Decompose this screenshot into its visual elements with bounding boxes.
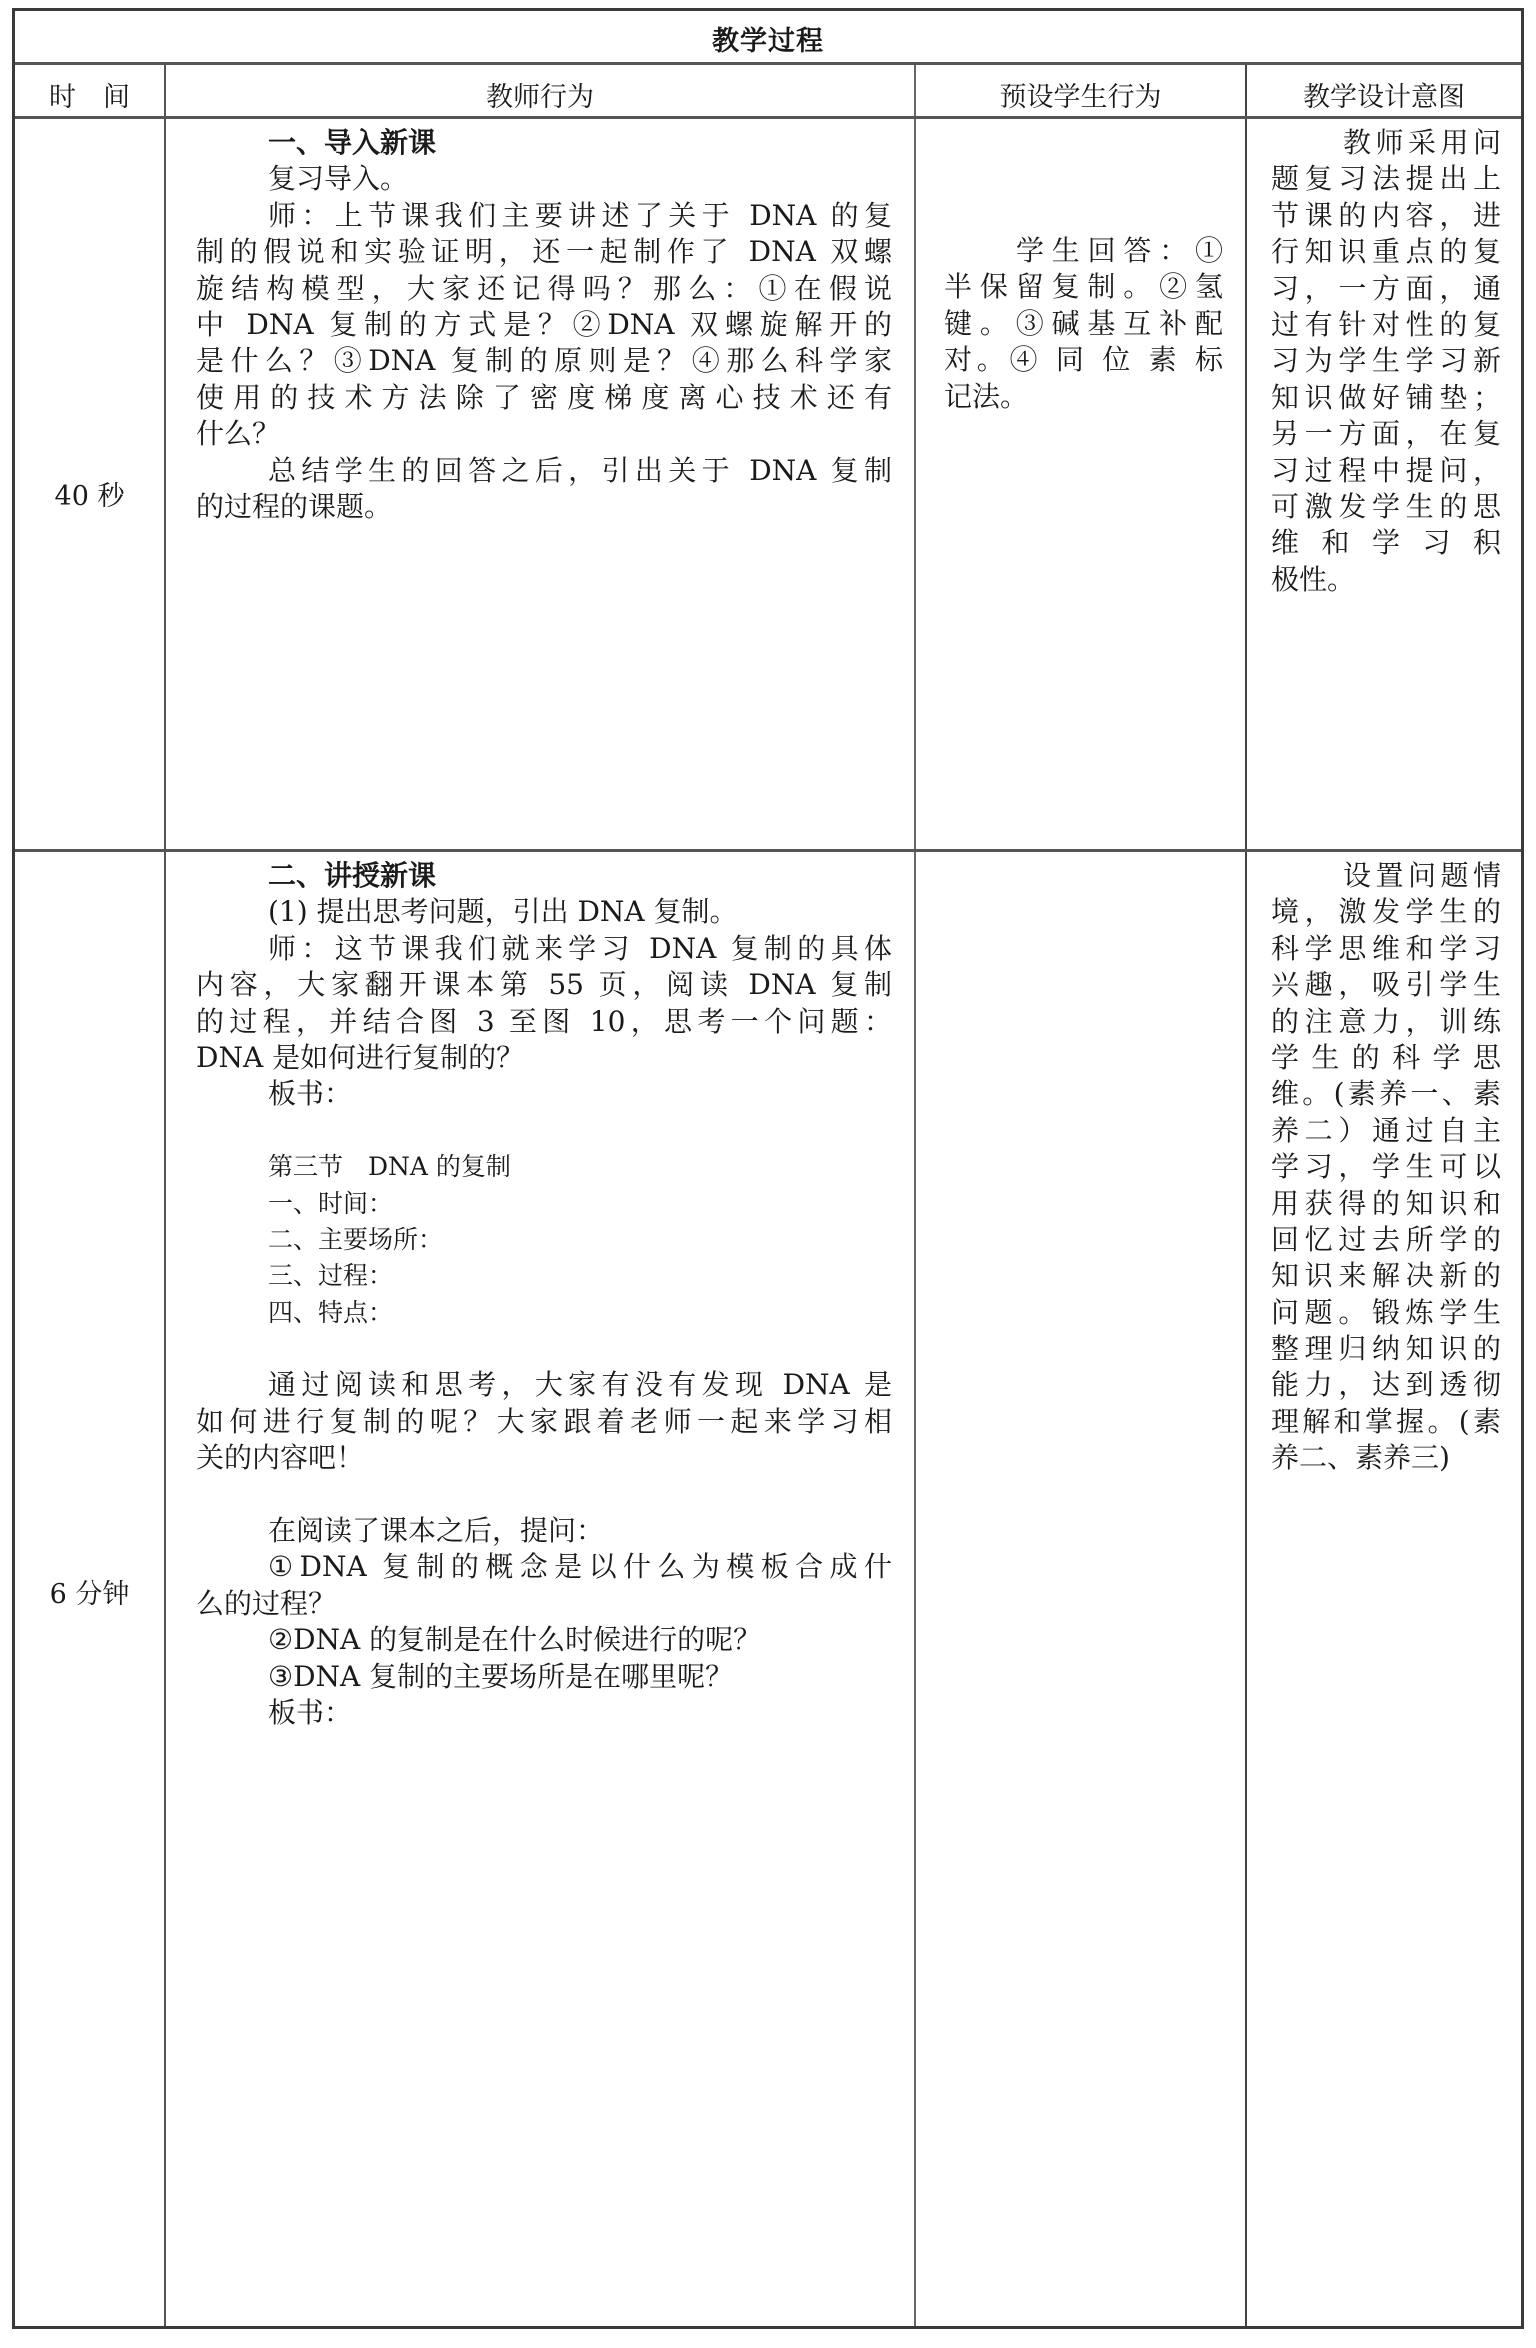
design-intent-cell: 教师采用问 题复习法提出上 节课的内容，进 行知识重点的复 习，一方面，通 过有… — [1247, 119, 1521, 849]
text-line: 设置问题情 — [1271, 858, 1501, 894]
text-line: 的注意力，训练 — [1271, 1004, 1501, 1040]
text-line: DNA 是如何进行复制的？ — [196, 1040, 892, 1076]
text-line: 么的过程？ — [196, 1586, 892, 1622]
blank-line — [196, 1113, 892, 1149]
header-time: 时 间 — [15, 65, 166, 116]
teacher-behavior-cell: 一、导入新课 复习导入。 师：上节课我们主要讲述了关于 DNA 的复 制的假说和… — [166, 119, 916, 849]
time-cell: 40 秒 — [15, 119, 166, 849]
text-line: 学习，学生可以 — [1271, 1149, 1501, 1185]
text-line: 整理归纳知识的 — [1271, 1331, 1501, 1367]
text-line: 在阅读了课本之后，提问： — [196, 1513, 892, 1549]
design-intent-text: 设置问题情 境，激发学生的 科学思维和学习 兴趣，吸引学生 的注意力，训练 学生… — [1271, 858, 1501, 1477]
text-line: 另一方面，在复 — [1271, 416, 1501, 452]
text-line: 养二、素养三) — [1271, 1440, 1501, 1476]
teacher-behavior-text: 二、讲授新课 (1) 提出思考问题，引出 DNA 复制。 师：这节课我们就来学习… — [196, 858, 892, 1731]
time-cell: 6 分钟 — [15, 852, 166, 2326]
board-title: 第三节 DNA 的复制 — [196, 1149, 892, 1185]
text-line: 行知识重点的复 — [1271, 234, 1501, 270]
board-item: 一、时间： — [196, 1186, 892, 1222]
student-behavior-cell — [916, 852, 1247, 2326]
text-line: 使用的技术方法除了密度梯度离心技术还有 — [196, 380, 892, 416]
text-line: 知识来解决新的 — [1271, 1258, 1501, 1294]
header-design-intent: 教学设计意图 — [1247, 65, 1521, 116]
text-line: 复习导入。 — [196, 161, 892, 197]
time-value: 6 分钟 — [15, 1572, 164, 1611]
teacher-behavior-text: 一、导入新课 复习导入。 师：上节课我们主要讲述了关于 DNA 的复 制的假说和… — [196, 125, 892, 525]
text-line: 记法。 — [944, 379, 1223, 415]
text-line: 制的假说和实验证明，还一起制作了 DNA 双螺 — [196, 234, 892, 270]
text-line: 的过程，并结合图 3 至图 10，思考一个问题： — [196, 1004, 892, 1040]
text-line: 用获得的知识和 — [1271, 1186, 1501, 1222]
question-line: ①DNA 复制的概念是以什么为模板合成什 — [196, 1549, 892, 1585]
board-item: 三、过程： — [196, 1258, 892, 1294]
board-item: 二、主要场所： — [196, 1222, 892, 1258]
text-line: 如何进行复制的呢？大家跟着老师一起来学习相 — [196, 1404, 892, 1440]
text-line: 境，激发学生的 — [1271, 894, 1501, 930]
text-line: 总结学生的回答之后，引出关于 DNA 复制 — [196, 453, 892, 489]
table-title-row: 教学过程 — [15, 11, 1521, 65]
text-line: 养二）通过自主 — [1271, 1113, 1501, 1149]
text-line: 过有针对性的复 — [1271, 307, 1501, 343]
text-line: 题复习法提出上 — [1271, 161, 1501, 197]
design-intent-text: 教师采用问 题复习法提出上 节课的内容，进 行知识重点的复 习，一方面，通 过有… — [1271, 125, 1501, 598]
question-line: ③DNA 复制的主要场所是在哪里呢？ — [196, 1659, 892, 1695]
board-label: 板书： — [196, 1076, 892, 1112]
text-line: 维和学习积 — [1271, 525, 1501, 561]
question-line: ②DNA 的复制是在什么时候进行的呢？ — [196, 1622, 892, 1658]
text-line: 半保留复制。②氢 — [944, 269, 1223, 305]
text-line: 是什么？③DNA 复制的原则是？④那么科学家 — [196, 343, 892, 379]
text-line: 通过阅读和思考，大家有没有发现 DNA 是 — [196, 1367, 892, 1403]
table-header-row: 时 间 教师行为 预设学生行为 教学设计意图 — [15, 65, 1521, 119]
section-heading: 一、导入新课 — [196, 125, 892, 161]
teacher-behavior-cell: 二、讲授新课 (1) 提出思考问题，引出 DNA 复制。 师：这节课我们就来学习… — [166, 852, 916, 2326]
text-line: 什么？ — [196, 416, 892, 452]
table-title: 教学过程 — [15, 19, 1521, 58]
text-line: 理解和掌握。(素 — [1271, 1404, 1501, 1440]
text-line: 能力，达到透彻 — [1271, 1367, 1501, 1403]
text-line: 师：上节课我们主要讲述了关于 DNA 的复 — [196, 198, 892, 234]
text-line: 节课的内容，进 — [1271, 198, 1501, 234]
text-line: 问题。锻炼学生 — [1271, 1295, 1501, 1331]
blank-line — [196, 1331, 892, 1367]
text-line: 回忆过去所学的 — [1271, 1222, 1501, 1258]
text-line: 可激发学生的思 — [1271, 489, 1501, 525]
text-line: 关的内容吧！ — [196, 1440, 892, 1476]
text-line: 科学思维和学习 — [1271, 931, 1501, 967]
text-line: 键。③碱基互补配 — [944, 306, 1223, 342]
design-intent-cell: 设置问题情 境，激发学生的 科学思维和学习 兴趣，吸引学生 的注意力，训练 学生… — [1247, 852, 1521, 2326]
student-behavior-text: 学生回答：① 半保留复制。②氢 键。③碱基互补配 对。④ 同 位 素 标 记法。 — [944, 233, 1223, 415]
board-item: 四、特点： — [196, 1295, 892, 1331]
table-row: 40 秒 一、导入新课 复习导入。 师：上节课我们主要讲述了关于 DNA 的复 … — [15, 119, 1521, 852]
header-student-behavior: 预设学生行为 — [916, 65, 1247, 116]
text-line: 中 DNA 复制的方式是？②DNA 双螺旋解开的 — [196, 307, 892, 343]
text-line: 习，一方面，通 — [1271, 271, 1501, 307]
text-line: 维。(素养一、素 — [1271, 1076, 1501, 1112]
board-label: 板书： — [196, 1695, 892, 1731]
text-line: 学生的科学思 — [1271, 1040, 1501, 1076]
text-line: 师：这节课我们就来学习 DNA 复制的具体 — [196, 931, 892, 967]
header-teacher-behavior: 教师行为 — [166, 65, 916, 116]
text-line: 知识做好铺垫； — [1271, 380, 1501, 416]
text-line: 兴趣，吸引学生 — [1271, 967, 1501, 1003]
teaching-process-table: 教学过程 时 间 教师行为 预设学生行为 教学设计意图 40 秒 一、导入新课 … — [12, 8, 1524, 2329]
text-line: 的过程的课题。 — [196, 489, 892, 525]
section-heading: 二、讲授新课 — [196, 858, 892, 894]
blank-line — [196, 1477, 892, 1513]
time-value: 40 秒 — [15, 474, 164, 513]
text-line: 对。④ 同 位 素 标 — [944, 342, 1223, 378]
text-line: (1) 提出思考问题，引出 DNA 复制。 — [196, 894, 892, 930]
text-line: 内容，大家翻开课本第 55 页，阅读 DNA 复制 — [196, 967, 892, 1003]
text-line: 教师采用问 — [1271, 125, 1501, 161]
text-line: 学生回答：① — [944, 233, 1223, 269]
text-line: 旋结构模型，大家还记得吗？那么：①在假说 — [196, 271, 892, 307]
text-line: 习为学生学习新 — [1271, 343, 1501, 379]
table-row: 6 分钟 二、讲授新课 (1) 提出思考问题，引出 DNA 复制。 师：这节课我… — [15, 852, 1521, 2326]
text-line: 极性。 — [1271, 562, 1501, 598]
student-behavior-cell: 学生回答：① 半保留复制。②氢 键。③碱基互补配 对。④ 同 位 素 标 记法。 — [916, 119, 1247, 849]
text-line: 习过程中提问， — [1271, 453, 1501, 489]
